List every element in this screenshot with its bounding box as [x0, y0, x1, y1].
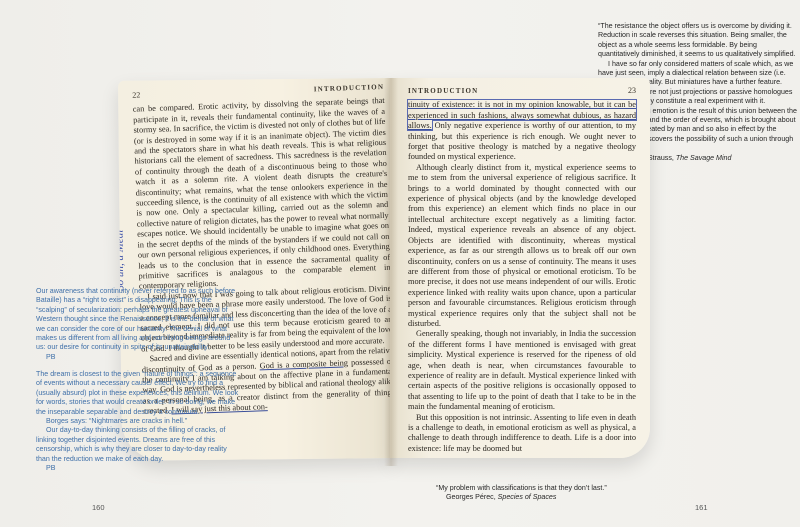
note-signature: PB — [36, 464, 241, 473]
folio-left: 160 — [92, 503, 105, 512]
book-paragraph: tinuity of existence: it is not in my op… — [408, 100, 636, 162]
attribution-author: Georges Pérec, — [446, 493, 498, 501]
note-signature: PB — [36, 353, 241, 362]
running-head-right: INTRODUCTION 23 — [408, 86, 636, 96]
book-sentence: Only negative experience is worthy of ou… — [408, 121, 636, 161]
perec-quote-note: “My problem with classifications is that… — [436, 484, 696, 503]
note-text: Our awareness that continuity (never ref… — [36, 287, 241, 353]
book-paragraph: can be compared. Erotic activity, by dis… — [133, 96, 391, 292]
continuity-note: Our awareness that continuity (never ref… — [36, 287, 241, 362]
note-text: Our day-to-day thinking consists of the … — [36, 426, 241, 464]
book-paragraph: But this opposition is not intrinsic. As… — [408, 413, 636, 455]
dream-note: The dream is closest to the given “natur… — [36, 370, 241, 473]
book-gutter — [384, 78, 398, 466]
attribution-title: Species of Spaces — [498, 493, 557, 501]
running-head-title: INTRODUCTION — [314, 82, 385, 95]
handwritten-margin-note: So un, d Medi — [118, 230, 126, 291]
note-text: Borges says: “Nightmares are cracks in h… — [36, 417, 241, 426]
quote-paragraph: “The resistance the object offers us is … — [598, 22, 798, 60]
book-paragraph: Generally speaking, though not invariabl… — [408, 329, 636, 412]
note-text: The dream is closest to the given “natur… — [36, 370, 241, 417]
book-paragraph: Although clearly distinct from it, mysti… — [408, 163, 636, 330]
book-page-right: INTRODUCTION 23 tinuity of existence: it… — [390, 78, 650, 458]
folio-right: 161 — [695, 503, 708, 512]
page-number: 23 — [628, 86, 636, 96]
page-number: 22 — [132, 90, 140, 101]
attribution-title: The Savage Mind — [676, 154, 732, 162]
running-head-title: INTRODUCTION — [408, 86, 478, 96]
quote-attribution: Georges Pérec, Species of Spaces — [436, 493, 696, 502]
quote-text: “My problem with classifications is that… — [436, 484, 696, 493]
